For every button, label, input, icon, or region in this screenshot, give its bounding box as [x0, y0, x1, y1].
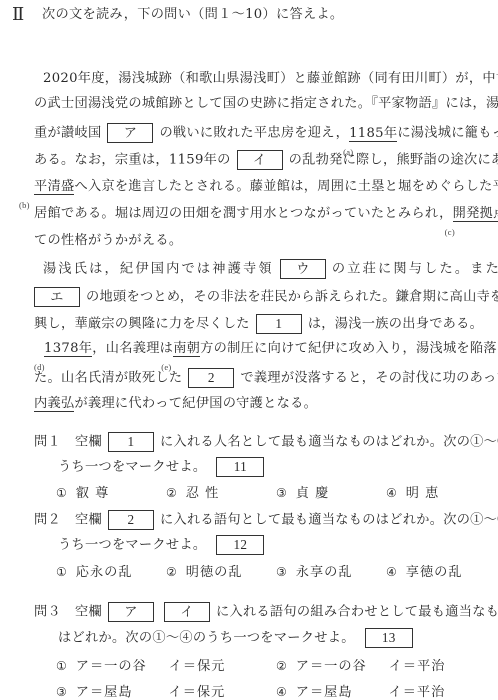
question-stem: うち一つをマークせよ。11 — [58, 457, 270, 477]
option-number: ④ — [386, 486, 398, 500]
passage-text: へ入京を進言したとされる。藤並館は，周囲に土塁と堀をめぐらした平地の — [74, 179, 498, 194]
underlined-text: 平清盛 — [34, 179, 74, 194]
question-text: に入れる人名として最も適当なものはどれか。次の①～④の — [160, 435, 498, 450]
passage-text: た。山名氏清が敗死した — [34, 371, 182, 386]
passage-text: 方の制圧に向けて紀伊に攻め入り，湯浅城を陥落させ — [200, 341, 498, 356]
option-number: ① — [56, 565, 68, 579]
option-number: ③ — [56, 685, 68, 699]
option-4[interactable]: ④ア＝屋島イ＝平治 — [276, 681, 445, 700]
option-1[interactable]: ①ア＝一の谷イ＝保元 — [56, 655, 225, 674]
option-text: ア＝一の谷 — [296, 659, 367, 674]
question-label: 問１ — [34, 435, 61, 450]
blank-box-i: イ — [237, 150, 283, 170]
passage-line: の武士団湯浅党の城館跡として国の史跡に指定された。『平家物語』には，湯浅宗 — [34, 95, 498, 113]
question-stem: 問２空欄2に入れる語句として最も適当なものはどれか。次の①～④の — [34, 510, 498, 530]
passage-text: の立荘に関与した。また， — [332, 262, 498, 277]
option-text: 貞 慶 — [296, 486, 330, 501]
option-text: ア＝一の谷 — [76, 659, 147, 674]
question-text: 空欄 — [75, 435, 102, 450]
option-4[interactable]: ④明 恵 — [386, 482, 439, 501]
blank-box-u: ウ — [280, 259, 326, 279]
passage-line: 居館である。堀は周辺の田畑を潤す用水とつながっていたとみられ，開発拠点(c)とし — [34, 205, 498, 223]
passage-line: ある。なお，宗重は，1159年のイの乱勃発に際し，熊野詣の途次にあった — [34, 150, 498, 170]
option-text: ア＝屋島 — [296, 685, 353, 700]
option-1[interactable]: ①叡 尊 — [56, 482, 109, 501]
underline-e: 南朝(e) — [173, 341, 200, 357]
option-number: ④ — [386, 565, 398, 579]
option-number: ② — [166, 565, 178, 579]
question-stem: うち一つをマークせよ。12 — [58, 535, 270, 555]
option-text: 永享の乱 — [296, 565, 353, 580]
passage-text: の乱勃発に際し，熊野詣の途次にあった — [289, 153, 498, 168]
option-2[interactable]: ②ア＝一の谷イ＝平治 — [276, 655, 445, 674]
passage-text: が義理に代わって紀伊国の守護となる。 — [74, 396, 317, 411]
answer-box-11[interactable]: 11 — [216, 457, 264, 477]
underlined-text: 開発拠点 — [453, 206, 498, 221]
blank-box-e: エ — [34, 287, 80, 307]
section-numeral: Ⅱ — [12, 4, 24, 25]
passage-line: 内義弘が義理に代わって紀伊国の守護となる。 — [34, 395, 317, 413]
passage-line: 興し，華厳宗の興隆に力を尽くした1は，湯浅一族の出身である。 — [34, 314, 483, 334]
option-text: イ＝保元 — [169, 659, 226, 674]
passage-text: 重が讃岐国 — [34, 126, 101, 141]
option-text: イ＝平治 — [389, 659, 446, 674]
blank-box-a: ア — [107, 123, 153, 143]
question-text: うち一つをマークせよ。 — [58, 460, 206, 475]
underline-c: 開発拠点(c) — [453, 206, 498, 222]
underline-f-end: 内義弘 — [34, 396, 74, 412]
option-4[interactable]: ④享徳の乱 — [386, 561, 463, 580]
annotation-mark-b: (b) — [19, 196, 30, 214]
question-text: に入れる語句の組み合わせとして最も適当なもの — [216, 605, 498, 620]
blank-box-1: 1 — [256, 314, 302, 334]
option-text: 叡 尊 — [76, 486, 110, 501]
passage-text: ，山名義理は — [92, 341, 173, 356]
passage-text: 湯浅氏は，紀伊国内では神護寺領 — [43, 262, 274, 277]
blank-box-2: 2 — [188, 368, 234, 388]
blank-box-2: 2 — [108, 510, 154, 530]
underlined-text: 南朝 — [173, 341, 200, 356]
option-text: イ＝保元 — [169, 685, 226, 700]
question-text: に入れる語句として最も適当なものはどれか。次の①～④の — [160, 513, 498, 528]
option-2[interactable]: ②忍 性 — [166, 482, 219, 501]
question-text: 空欄 — [75, 605, 102, 620]
passage-line: 平清盛(b)へ入京を進言したとされる。藤並館は，周囲に土塁と堀をめぐらした平地の — [34, 178, 498, 196]
option-3[interactable]: ③貞 慶 — [276, 482, 329, 501]
passage-text: の戦いに敗れた平忠房を迎え， — [159, 126, 349, 141]
blank-box-a: ア — [108, 602, 154, 622]
passage-text: ある。なお，宗重は，1159年の — [34, 153, 231, 168]
question-stem: はどれか。次の①～④のうち一つをマークせよ。13 — [58, 628, 419, 648]
passage-text: 居館である。堀は周辺の田畑を潤す用水とつながっていたとみられ， — [34, 206, 453, 221]
answer-box-13[interactable]: 13 — [365, 628, 413, 648]
passage-text: の地頭をつとめ，その非法を荘民から訴えられた。鎌倉期に高山寺を再 — [86, 290, 498, 305]
underline-b: 平清盛(b) — [34, 179, 74, 195]
passage-line: 2020年度，湯浅城跡（和歌山県湯浅町）と藤並館跡（同有田川町）が，中世前期 — [43, 70, 498, 88]
question-text: うち一つをマークせよ。 — [58, 538, 206, 553]
underline-d: 1378年(d) — [44, 341, 92, 357]
option-number: ④ — [276, 685, 288, 699]
underline-a: 1185年(a) — [349, 126, 397, 142]
underlined-text: 1378年 — [44, 341, 92, 356]
option-text: 明徳の乱 — [186, 565, 243, 580]
option-3[interactable]: ③永享の乱 — [276, 561, 353, 580]
underlined-text: 1185年 — [349, 126, 397, 141]
option-text: 明 恵 — [406, 486, 440, 501]
question-label: 問３ — [34, 605, 61, 620]
annotation-mark-c: (c) — [445, 223, 455, 241]
section-instruction: 次の文を読み，下の問い（問１～10）に答えよ。 — [42, 6, 343, 24]
option-text: 応永の乱 — [76, 565, 133, 580]
option-number: ① — [56, 486, 68, 500]
option-text: ア＝屋島 — [76, 685, 133, 700]
option-text: 享徳の乱 — [406, 565, 463, 580]
option-number: ① — [56, 659, 68, 673]
question-label: 問２ — [34, 513, 61, 528]
passage-text: は，湯浅一族の出身である。 — [308, 317, 483, 332]
passage-text: で義理が没落すると，その討伐に功のあった — [240, 371, 498, 386]
option-text: 忍 性 — [186, 486, 220, 501]
option-number: ③ — [276, 565, 288, 579]
blank-box-1: 1 — [108, 432, 154, 452]
question-stem: 問１空欄1に入れる人名として最も適当なものはどれか。次の①～④の — [34, 432, 498, 452]
blank-box-i: イ — [164, 602, 210, 622]
passage-line: 湯浅氏は，紀伊国内では神護寺領ウの立荘に関与した。また， — [43, 259, 498, 279]
option-3[interactable]: ③ア＝屋島イ＝保元 — [56, 681, 225, 700]
passage-line: エの地頭をつとめ，その非法を荘民から訴えられた。鎌倉期に高山寺を再 — [28, 287, 498, 307]
question-stem: 問３空欄アイに入れる語句の組み合わせとして最も適当なもの — [34, 602, 498, 622]
passage-text: に湯浅城に籠もったと — [397, 126, 498, 141]
question-text: はどれか。次の①～④のうち一つをマークせよ。 — [58, 631, 355, 646]
option-1[interactable]: ①応永の乱 — [56, 561, 133, 580]
question-text: 空欄 — [75, 513, 102, 528]
passage-line: ての性格がうかがえる。 — [34, 232, 182, 250]
passage-line: 重が讃岐国アの戦いに敗れた平忠房を迎え，1185年(a)に湯浅城に籠もったと — [34, 123, 498, 143]
option-number: ② — [166, 486, 178, 500]
option-2[interactable]: ②明徳の乱 — [166, 561, 243, 580]
option-number: ③ — [276, 486, 288, 500]
passage-text: 興し，華厳宗の興隆に力を尽くした — [34, 317, 250, 332]
option-text: イ＝平治 — [389, 685, 446, 700]
answer-box-12[interactable]: 12 — [216, 535, 264, 555]
passage-line: 1378年(d)，山名義理は南朝(e)方の制圧に向けて紀伊に攻め入り，湯浅城を陥… — [44, 340, 498, 358]
option-number: ② — [276, 659, 288, 673]
passage-line: た。山名氏清が敗死した2で義理が没落すると，その討伐に功のあった大(f) — [34, 368, 498, 388]
